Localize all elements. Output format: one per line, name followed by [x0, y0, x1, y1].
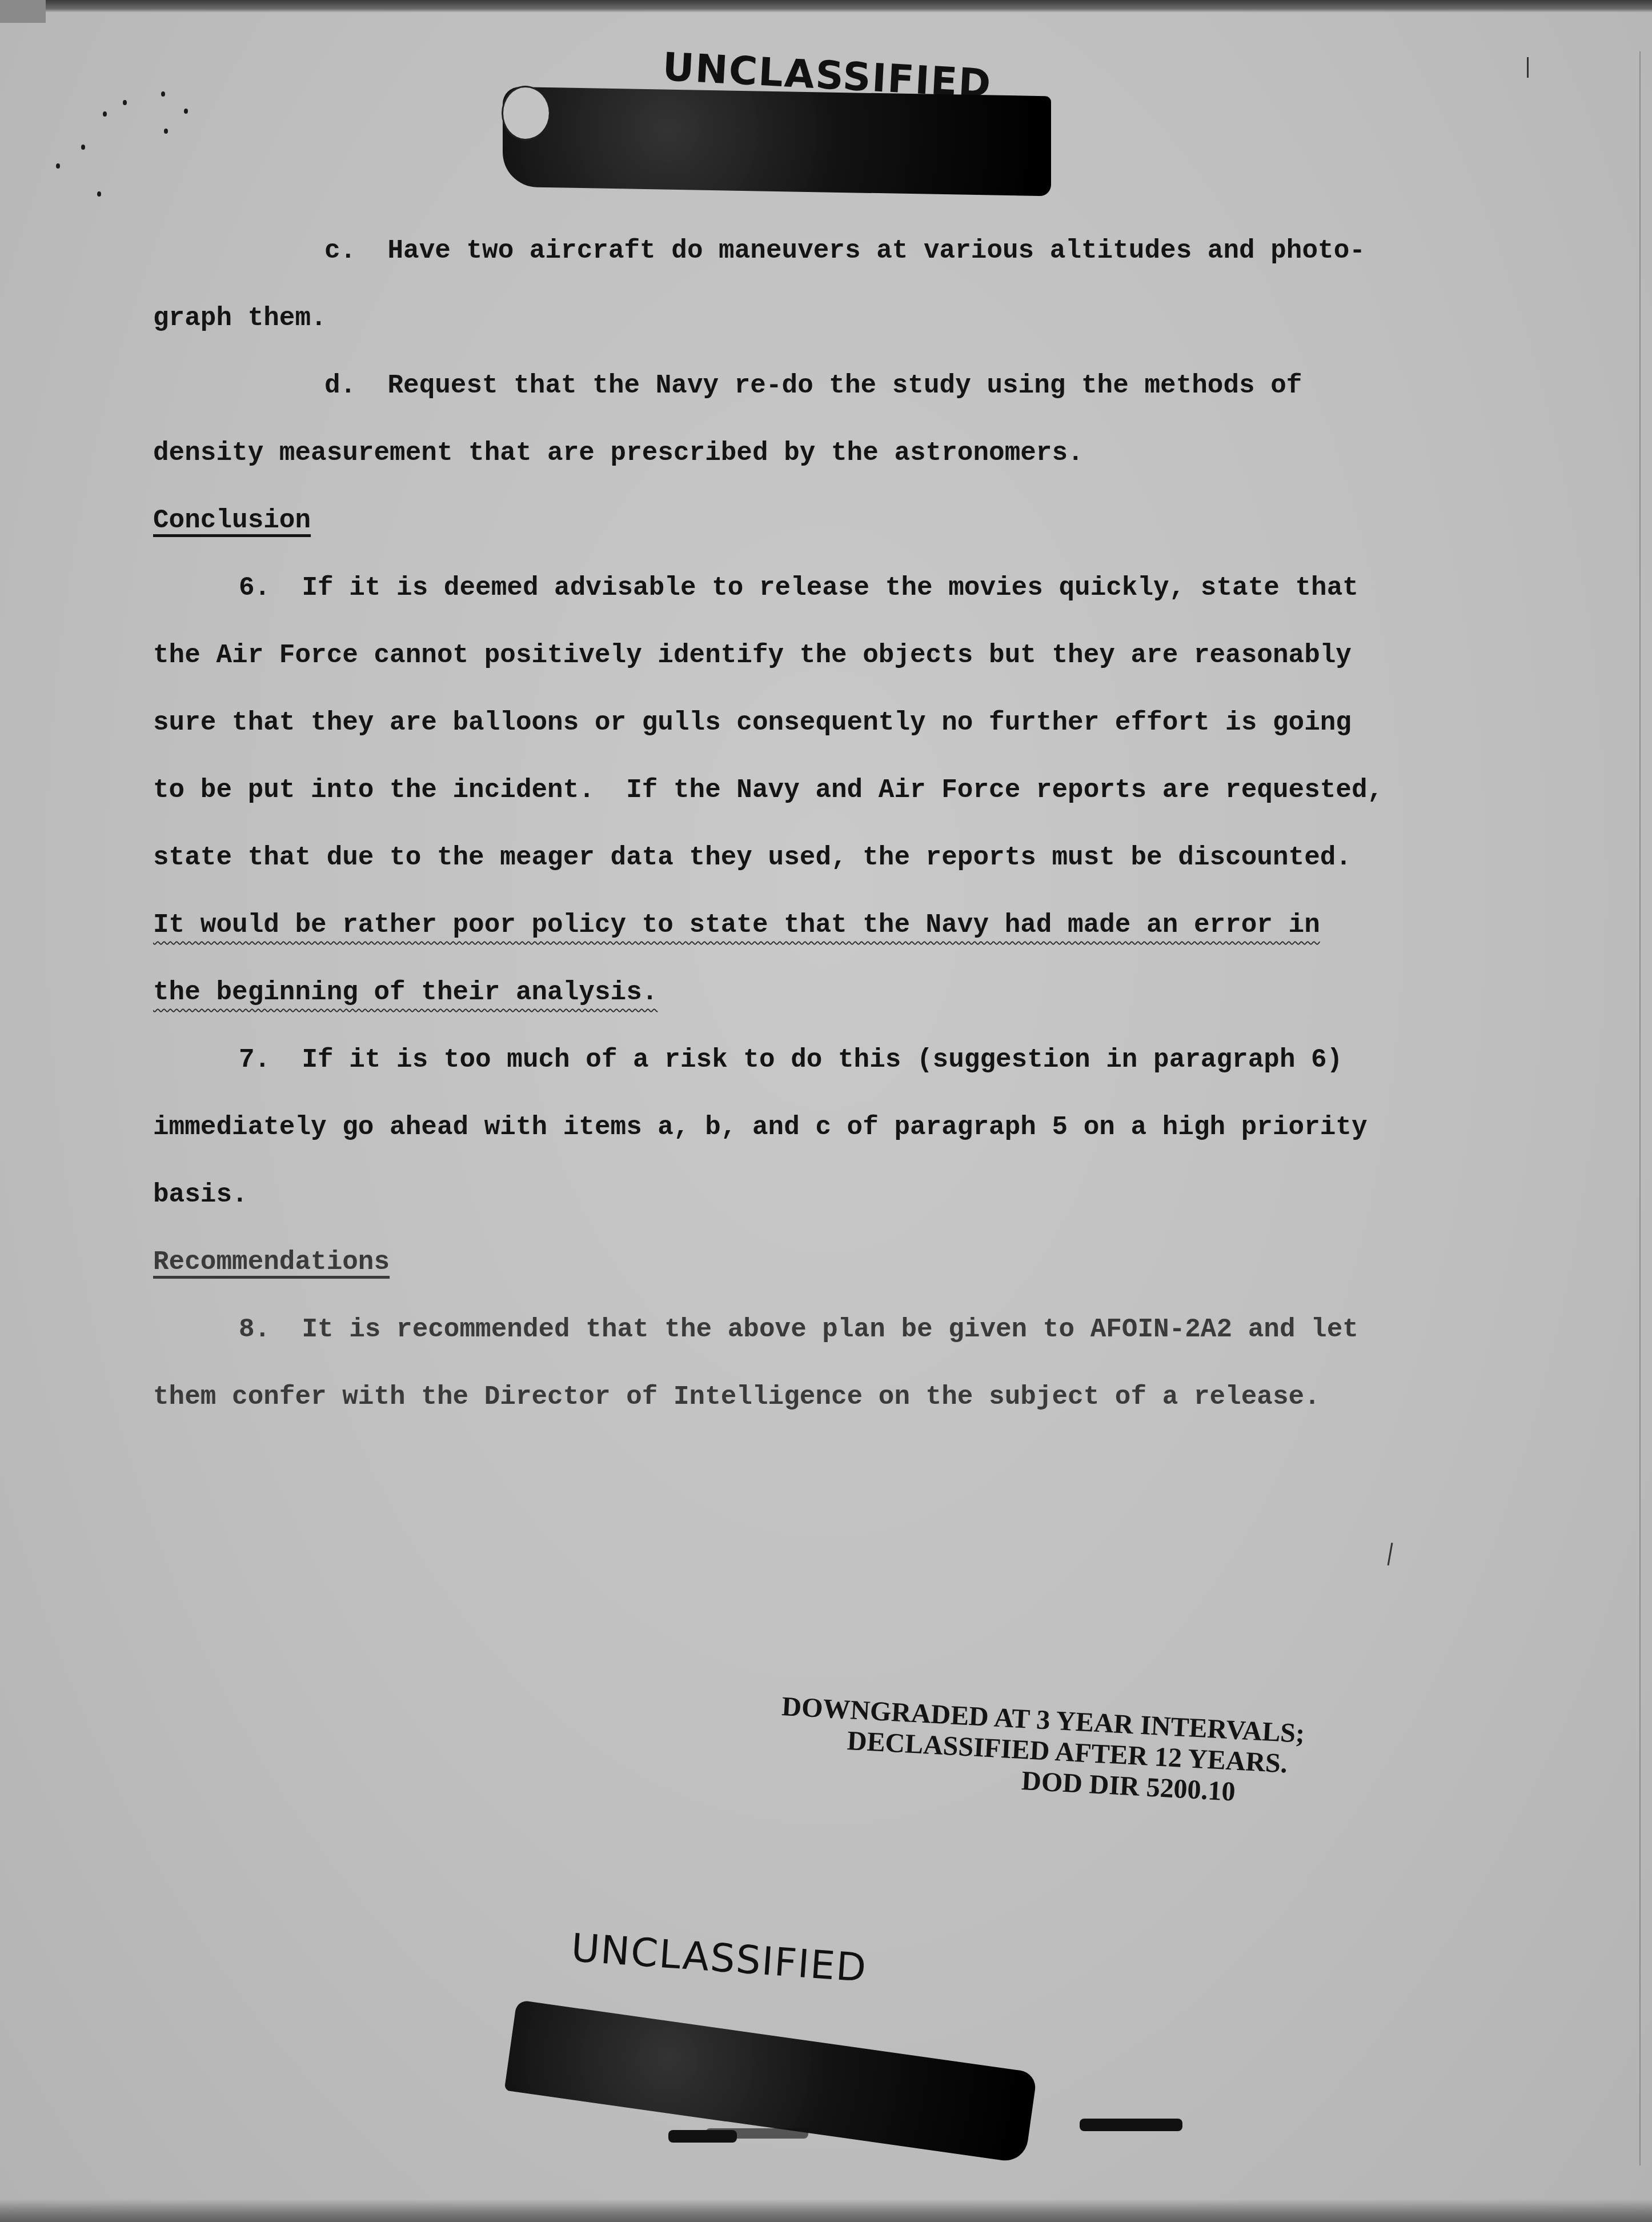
- scan-bottom-edge: [0, 2199, 1652, 2222]
- conclusion-heading: Conclusion: [153, 487, 311, 554]
- item-d-line-2: density measurement that are prescribed …: [153, 419, 1084, 487]
- document-page: UNCLASSIFIED c. Have two aircraft do man…: [0, 0, 1652, 2222]
- redaction-fragment: [705, 2128, 808, 2139]
- ink-speck: [123, 100, 127, 105]
- item-c-line-2: graph them.: [153, 285, 327, 352]
- para-6-line-5: state that due to the meager data they u…: [153, 824, 1352, 891]
- ink-speck: [164, 129, 168, 134]
- para-6-line-6: It would be rather poor policy to state …: [153, 891, 1320, 959]
- ink-speck: [81, 145, 85, 150]
- margin-mark: [1527, 57, 1529, 78]
- para-6-line-4: to be put into the incident. If the Navy…: [153, 756, 1383, 824]
- ink-speck: [161, 91, 165, 97]
- para-6-line-1: 6. If it is deemed advisable to release …: [153, 554, 1358, 622]
- ink-speck: [103, 111, 107, 117]
- para-6-line-3: sure that they are balloons or gulls con…: [153, 689, 1352, 756]
- para-7-line-1: 7. If it is too much of a risk to do thi…: [153, 1026, 1342, 1094]
- page-fold-line: [1639, 51, 1641, 2165]
- para-6-line-7: the beginning of their analysis.: [153, 959, 657, 1026]
- scan-top-edge: [0, 0, 1652, 13]
- ink-speck: [56, 163, 60, 169]
- redaction-notch: [502, 86, 549, 141]
- item-d-line-1: d. Request that the Navy re-do the study…: [153, 352, 1302, 419]
- para-8-line-2: them confer with the Director of Intelli…: [153, 1363, 1320, 1431]
- redaction-fragment: [1080, 2119, 1182, 2131]
- redaction-block-bottom: [504, 2000, 1037, 2163]
- scan-top-edge-corner: [0, 0, 46, 23]
- redaction-block-top: [503, 87, 1051, 197]
- para-8-line-1: 8. It is recommended that the above plan…: [153, 1296, 1358, 1363]
- recommendations-heading: Recommendations: [153, 1228, 390, 1296]
- item-c-line-1: c. Have two aircraft do maneuvers at var…: [153, 217, 1365, 285]
- para-6-line-2: the Air Force cannot positively identify…: [153, 622, 1352, 689]
- ink-speck: [97, 191, 101, 197]
- para-7-line-3: basis.: [153, 1161, 248, 1228]
- ink-speck: [184, 109, 188, 114]
- para-7-line-2: immediately go ahead with items a, b, an…: [153, 1094, 1368, 1161]
